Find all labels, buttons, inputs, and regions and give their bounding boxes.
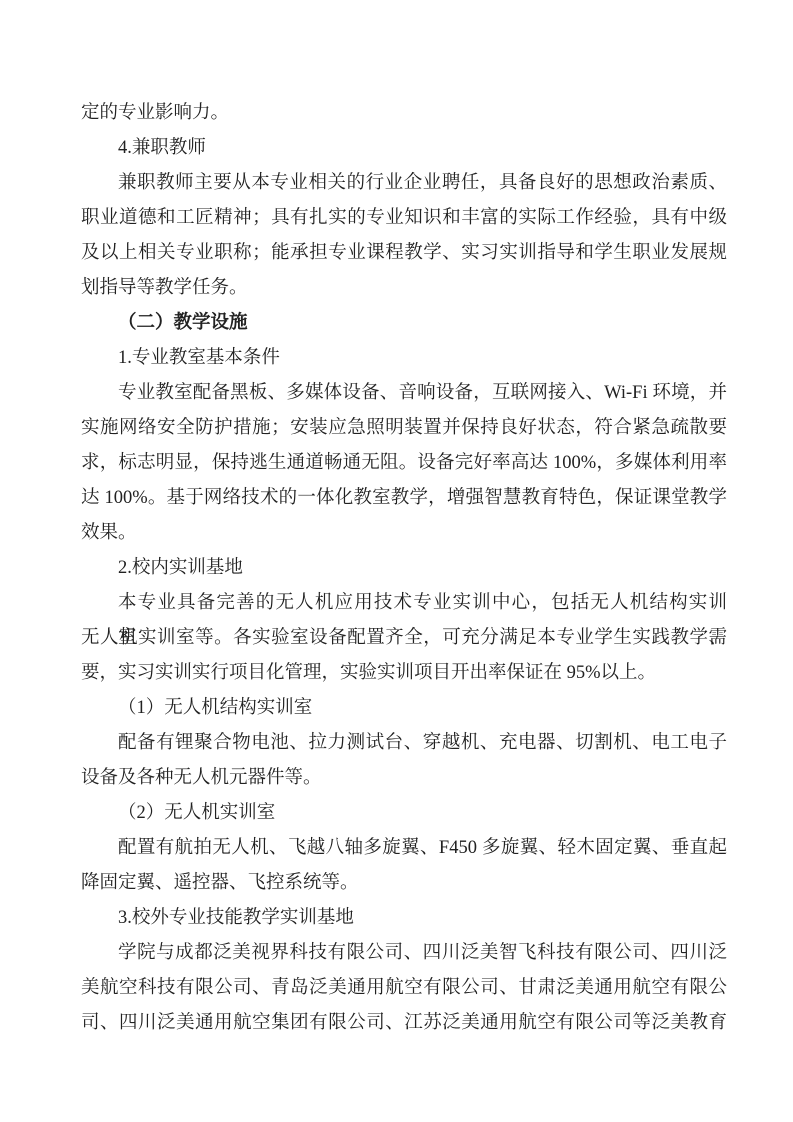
text-line: 美航空科技有限公司、青岛泛美通用航空有限公司、甘肃泛美通用航空有限公 [81,971,727,1006]
document-text-block: 定的专业影响力。4.兼职教师兼职教师主要从本专业相关的行业企业聘任，具备良好的思… [81,96,727,1041]
text-line: 定的专业影响力。 [81,96,727,131]
text-line: 效果。 [81,516,727,551]
text-line: （2）无人机实训室 [81,796,727,831]
text-line: 配备有锂聚合物电池、拉力测试台、穿越机、充电器、切割机、电工电子 [81,726,727,761]
text-line: 划指导等教学任务。 [81,271,727,306]
text-line: 学院与成都泛美视界科技有限公司、四川泛美智飞科技有限公司、四川泛 [81,936,727,971]
text-line: 4.兼职教师 [81,131,727,166]
text-line: 降固定翼、遥控器、飞控系统等。 [81,866,727,901]
text-line: 达 100%。基于网络技术的一体化教室教学，增强智慧教育特色，保证课堂教学 [81,481,727,516]
text-line: 求，标志明显，保持逃生通道畅通无阻。设备完好率高达 100%，多媒体利用率 [81,446,727,481]
text-line: 3.校外专业技能教学实训基地 [81,901,727,936]
text-line: 司、四川泛美通用航空集团有限公司、江苏泛美通用航空有限公司等泛美教育 [81,1006,727,1041]
text-line: 要，实习实训实行项目化管理，实验实训项目开出率保证在 95%以上。 [81,656,727,691]
text-line: 无人机实训室等。各实验室设备配置齐全，可充分满足本专业学生实践教学需 [81,621,727,656]
text-line: 及以上相关专业职称；能承担专业课程教学、实习实训指导和学生职业发展规 [81,236,727,271]
text-line: 2.校内实训基地 [81,551,727,586]
text-line: （1）无人机结构实训室 [81,691,727,726]
text-line: 专业教室配备黑板、多媒体设备、音响设备，互联网接入、Wi-Fi 环境，并 [81,376,727,411]
text-line: 职业道德和工匠精神；具有扎实的专业知识和丰富的实际工作经验，具有中级 [81,201,727,236]
document-page: 定的专业影响力。4.兼职教师兼职教师主要从本专业相关的行业企业聘任，具备良好的思… [0,0,793,1122]
text-line: 设备及各种无人机元器件等。 [81,761,727,796]
text-line: 实施网络安全防护措施；安装应急照明装置并保持良好状态，符合紧急疏散要 [81,411,727,446]
text-line: 配置有航拍无人机、飞越八轴多旋翼、F450 多旋翼、轻木固定翼、垂直起 [81,831,727,866]
text-line: 兼职教师主要从本专业相关的行业企业聘任，具备良好的思想政治素质、 [81,166,727,201]
text-line: 1.专业教室基本条件 [81,341,727,376]
section-heading: （二）教学设施 [81,306,727,341]
text-line: 本专业具备完善的无人机应用技术专业实训中心，包括无人机结构实训室、 [81,586,727,621]
